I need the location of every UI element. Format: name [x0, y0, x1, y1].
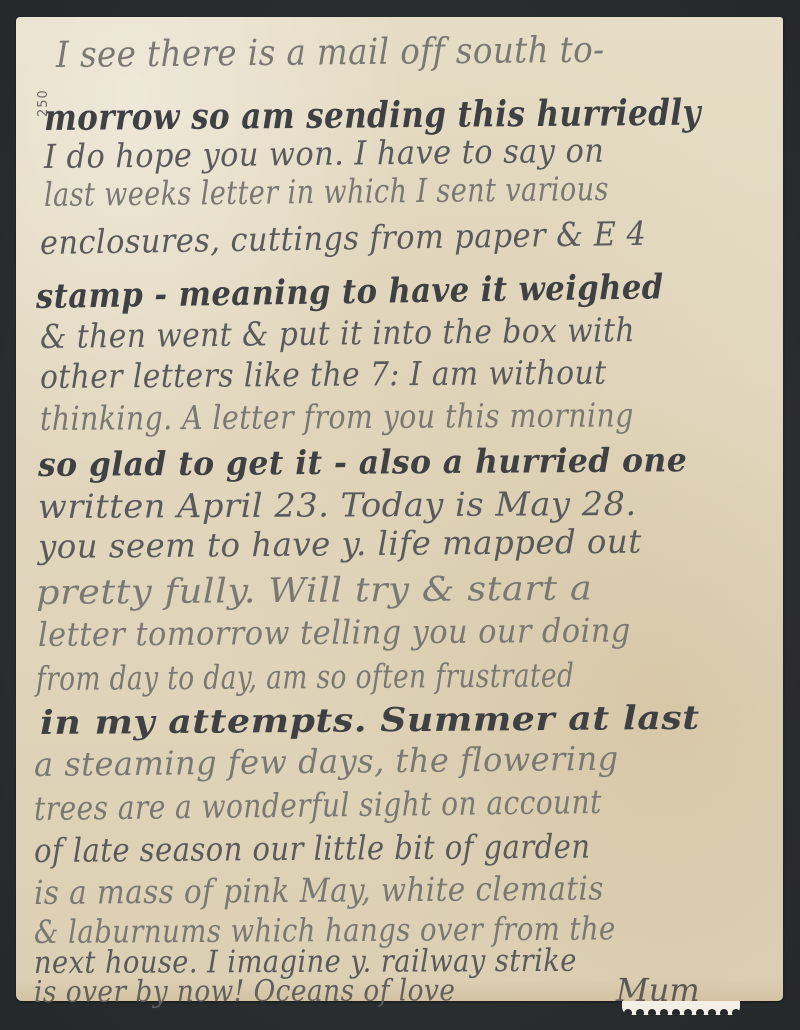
- letter-line-23: is over by now! Oceans of love: [34, 973, 456, 1010]
- letter-line-12: you seem to have y. life mapped out: [38, 522, 642, 566]
- letter-line-6: stamp - meaning to have it weighed: [36, 267, 664, 317]
- letter-line-16: in my attempts. Summer at last: [40, 698, 700, 742]
- letter-line-9: thinking. A letter from you this morning: [40, 395, 634, 438]
- letter-line-20: is a mass of pink May, white clematis: [34, 869, 604, 912]
- letter-line-18: trees are a wonderful sight on account: [34, 782, 602, 828]
- postcard: 250 I see there is a mail off south to- …: [16, 17, 783, 1001]
- letter-line-15: from day to day, am so often frustrated: [36, 655, 574, 698]
- letter-line-10: so glad to get it - also a hurried one: [38, 440, 687, 484]
- perforated-stamp-edge: [622, 1001, 740, 1015]
- letter-line-11: written April 23. Today is May 28.: [38, 484, 637, 526]
- letter-line-5: enclosures, cuttings from paper & E 4: [40, 214, 647, 262]
- letter-line-17: a steaming few days, the flowering: [34, 739, 619, 784]
- letter-line-4: last weeks letter in which I sent variou…: [44, 169, 609, 214]
- letter-line-19: of late season our little bit of garden: [34, 827, 591, 870]
- letter-line-7: & then went & put it into the box with: [40, 310, 635, 356]
- letter-line-14: letter tomorrow telling you our doing: [38, 611, 631, 654]
- letter-line-8: other letters like the 7: I am without: [40, 353, 607, 396]
- letter-line-13: pretty fully. Will try & start a: [36, 569, 593, 613]
- letter-line-1: I see there is a mail off south to-: [56, 30, 605, 76]
